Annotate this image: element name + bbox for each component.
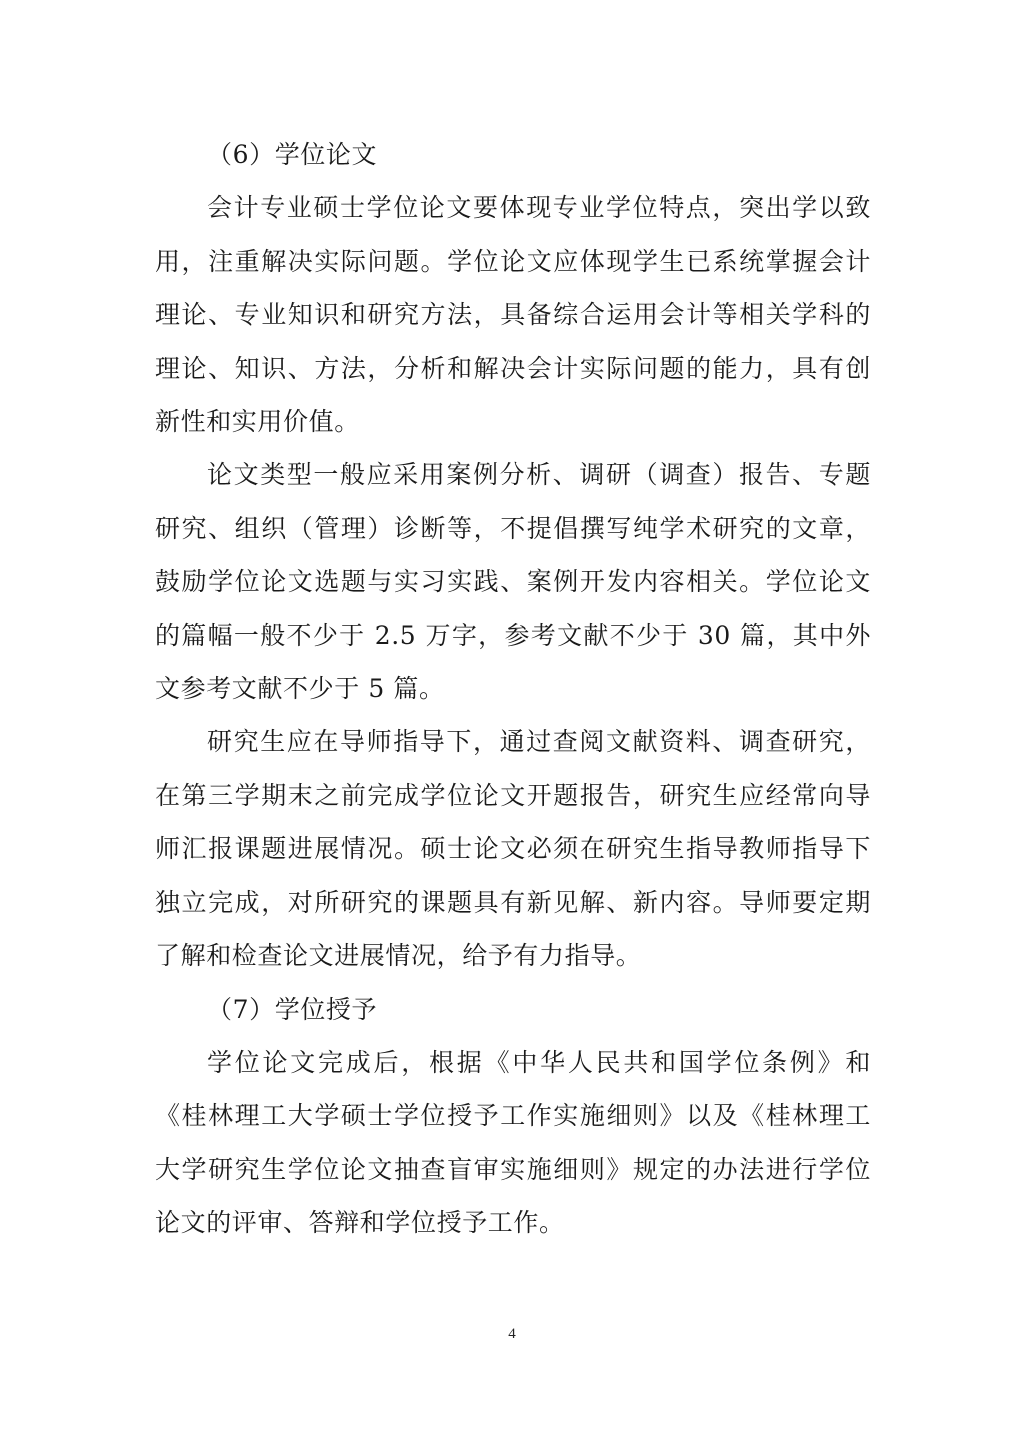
page-content: （6）学位论文 会计专业硕士学位论文要体现专业学位特点，突出学以致用，注重解决实… [155,128,871,1250]
document-page: （6）学位论文 会计专业硕士学位论文要体现专业学位特点，突出学以致用，注重解决实… [0,0,1024,1448]
paragraph-thesis-types: 论文类型一般应采用案例分析、调研（调查）报告、专题研究、组织（管理）诊断等，不提… [155,448,871,715]
paragraph-degree-award: 学位论文完成后，根据《中华人民共和国学位条例》和《桂林理工大学硕士学位授予工作实… [155,1036,871,1250]
section-heading-thesis: （6）学位论文 [155,128,871,181]
paragraph-thesis-requirements: 会计专业硕士学位论文要体现专业学位特点，突出学以致用，注重解决实际问题。学位论文… [155,181,871,448]
section-heading-degree-award: （7）学位授予 [155,983,871,1036]
page-number: 4 [0,1326,1024,1343]
paragraph-thesis-supervision: 研究生应在导师指导下，通过查阅文献资料、调查研究，在第三学期末之前完成学位论文开… [155,715,871,982]
